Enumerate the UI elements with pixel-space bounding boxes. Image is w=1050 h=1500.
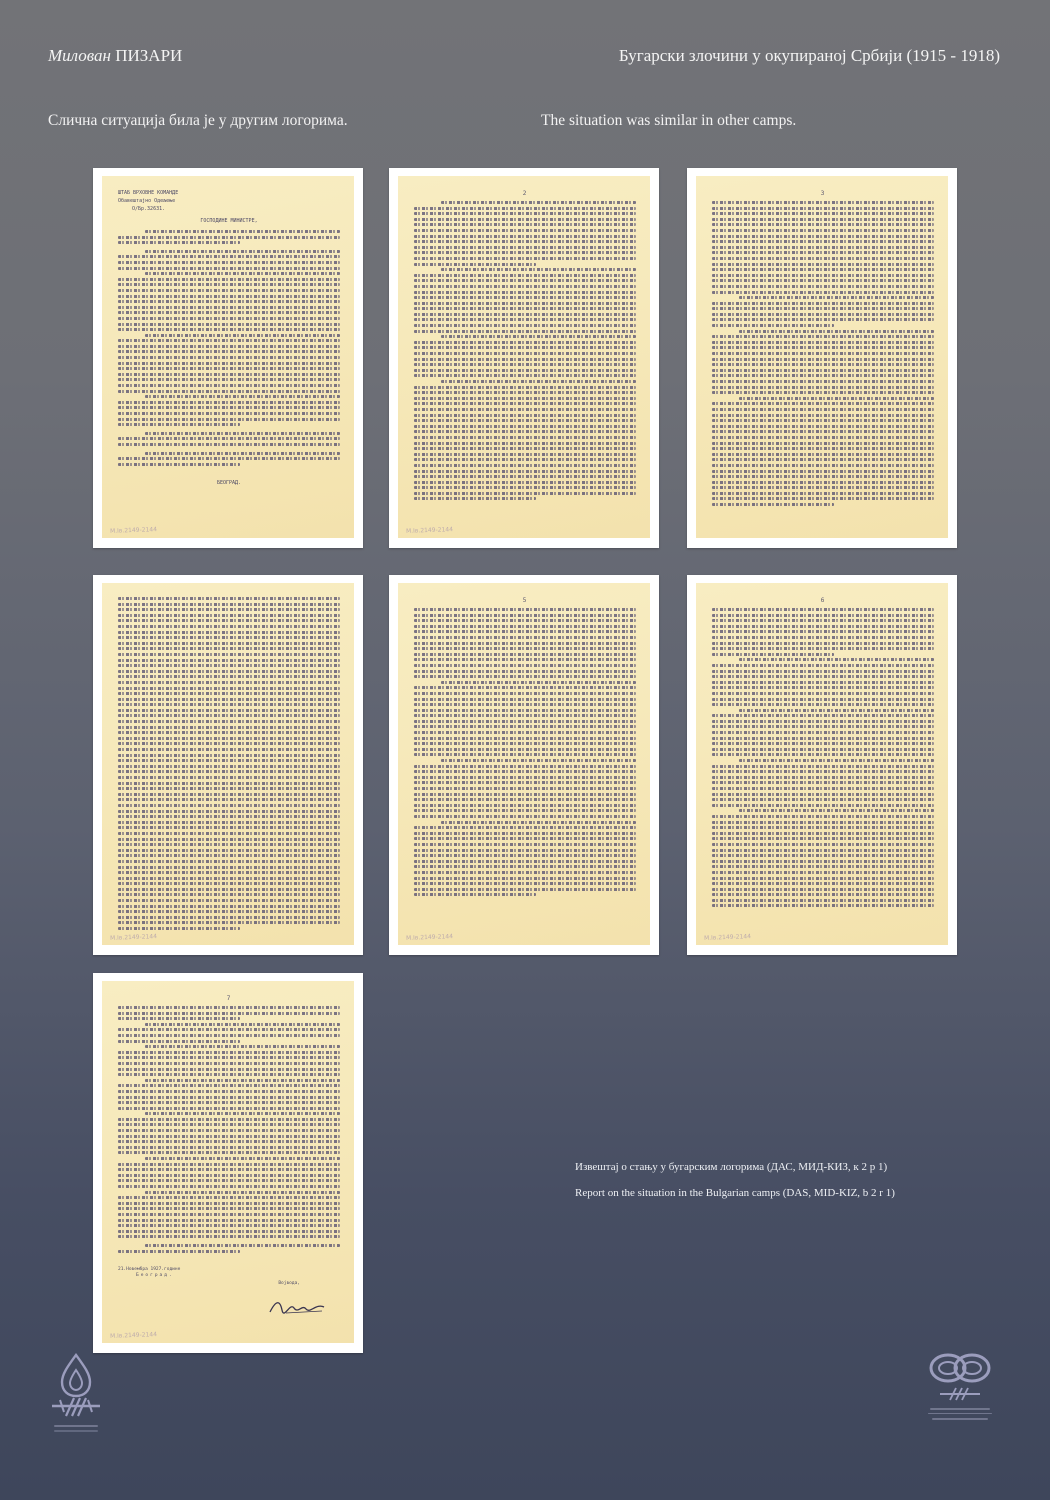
document-heading-line: ШТАБ ВРХОВНЕ КОМАНДЕ — [118, 190, 340, 196]
page-number: 5 — [414, 597, 636, 604]
typed-text-body — [118, 597, 340, 930]
document-scan-6: 6 М.Ів.2149-2144 — [687, 575, 957, 955]
document-scan-3: 3 — [687, 168, 957, 548]
document-paper: 6 М.Ів.2149-2144 — [696, 583, 948, 945]
typed-text-body — [118, 230, 340, 466]
document-paper: 5 М.Ів.2149-2144 — [398, 583, 650, 945]
document-scan-4: М.Ів.2149-2144 — [93, 575, 363, 955]
caption-serbian: Извештај о стању у бугарским логорима (Д… — [575, 1161, 887, 1173]
handwritten-signature — [268, 1298, 328, 1319]
document-footer: БЕОГРАД. — [118, 480, 340, 486]
archive-mark: М.Ів.2149-2144 — [406, 526, 453, 535]
closing-signatory: Војвода, — [278, 1281, 300, 1287]
closing-city: Београд. — [136, 1273, 180, 1279]
closing-block: 21.Новембра 1927.године Београд. Војвода… — [118, 1267, 340, 1287]
knot-barbed-wire-logo — [928, 1352, 992, 1424]
document-scan-1: ШТАБ ВРХОВНЕ КОМАНДЕ Обавештајно Одељење… — [93, 168, 363, 548]
author-first-name: Милован — [48, 46, 111, 65]
author-last-name: ПИЗАРИ — [115, 46, 182, 65]
intro-text-serbian: Слична ситуација била је у другим логори… — [48, 112, 348, 130]
document-scan-7: 7 21.Новембра 1927.године Београд. Војво… — [93, 973, 363, 1353]
typed-text-body — [414, 608, 636, 896]
typed-text-body — [118, 1006, 340, 1253]
archive-mark: М.Ів.2149-2144 — [110, 1331, 157, 1340]
document-paper: ШТАБ ВРХОВНЕ КОМАНДЕ Обавештајно Одељење… — [102, 176, 354, 538]
document-scan-5: 5 М.Ів.2149-2144 — [389, 575, 659, 955]
page-number: 7 — [118, 995, 340, 1002]
intro-text-english: The situation was similar in other camps… — [541, 112, 796, 130]
typed-text-body — [414, 201, 636, 500]
flame-icon — [50, 1352, 102, 1420]
flame-barbed-wire-logo — [50, 1352, 102, 1434]
closing-date: 21.Новембра 1927.године — [118, 1267, 180, 1273]
knot-icon — [928, 1352, 992, 1404]
document-paper: 3 — [696, 176, 948, 538]
document-paper: 7 21.Новембра 1927.године Београд. Војво… — [102, 981, 354, 1343]
archive-mark: М.Ів.2149-2144 — [110, 526, 157, 535]
author-name: Милован ПИЗАРИ — [48, 46, 182, 66]
caption-english: Report on the situation in the Bulgarian… — [575, 1187, 895, 1199]
document-scan-2: 2 М.Ів.2149-2144 — [389, 168, 659, 548]
document-paper: 2 М.Ів.2149-2144 — [398, 176, 650, 538]
typed-text-body — [712, 201, 934, 506]
page-number: 6 — [712, 597, 934, 604]
archive-mark: М.Ів.2149-2144 — [110, 933, 157, 942]
page-number: 2 — [414, 190, 636, 197]
document-heading-line: Обавештајно Одељење — [118, 198, 340, 204]
archive-mark: М.Ів.2149-2144 — [406, 933, 453, 942]
document-paper: М.Ів.2149-2144 — [102, 583, 354, 945]
document-salutation: ГОСПОДИНЕ МИНИСТРЕ, — [118, 218, 340, 224]
document-heading-line: О/Бр.32631. — [132, 206, 340, 212]
archive-mark: М.Ів.2149-2144 — [704, 933, 751, 942]
book-title: Бугарски злочини у окупираној Србији (19… — [619, 46, 1000, 66]
typed-text-body — [712, 608, 934, 907]
page-number: 3 — [712, 190, 934, 197]
